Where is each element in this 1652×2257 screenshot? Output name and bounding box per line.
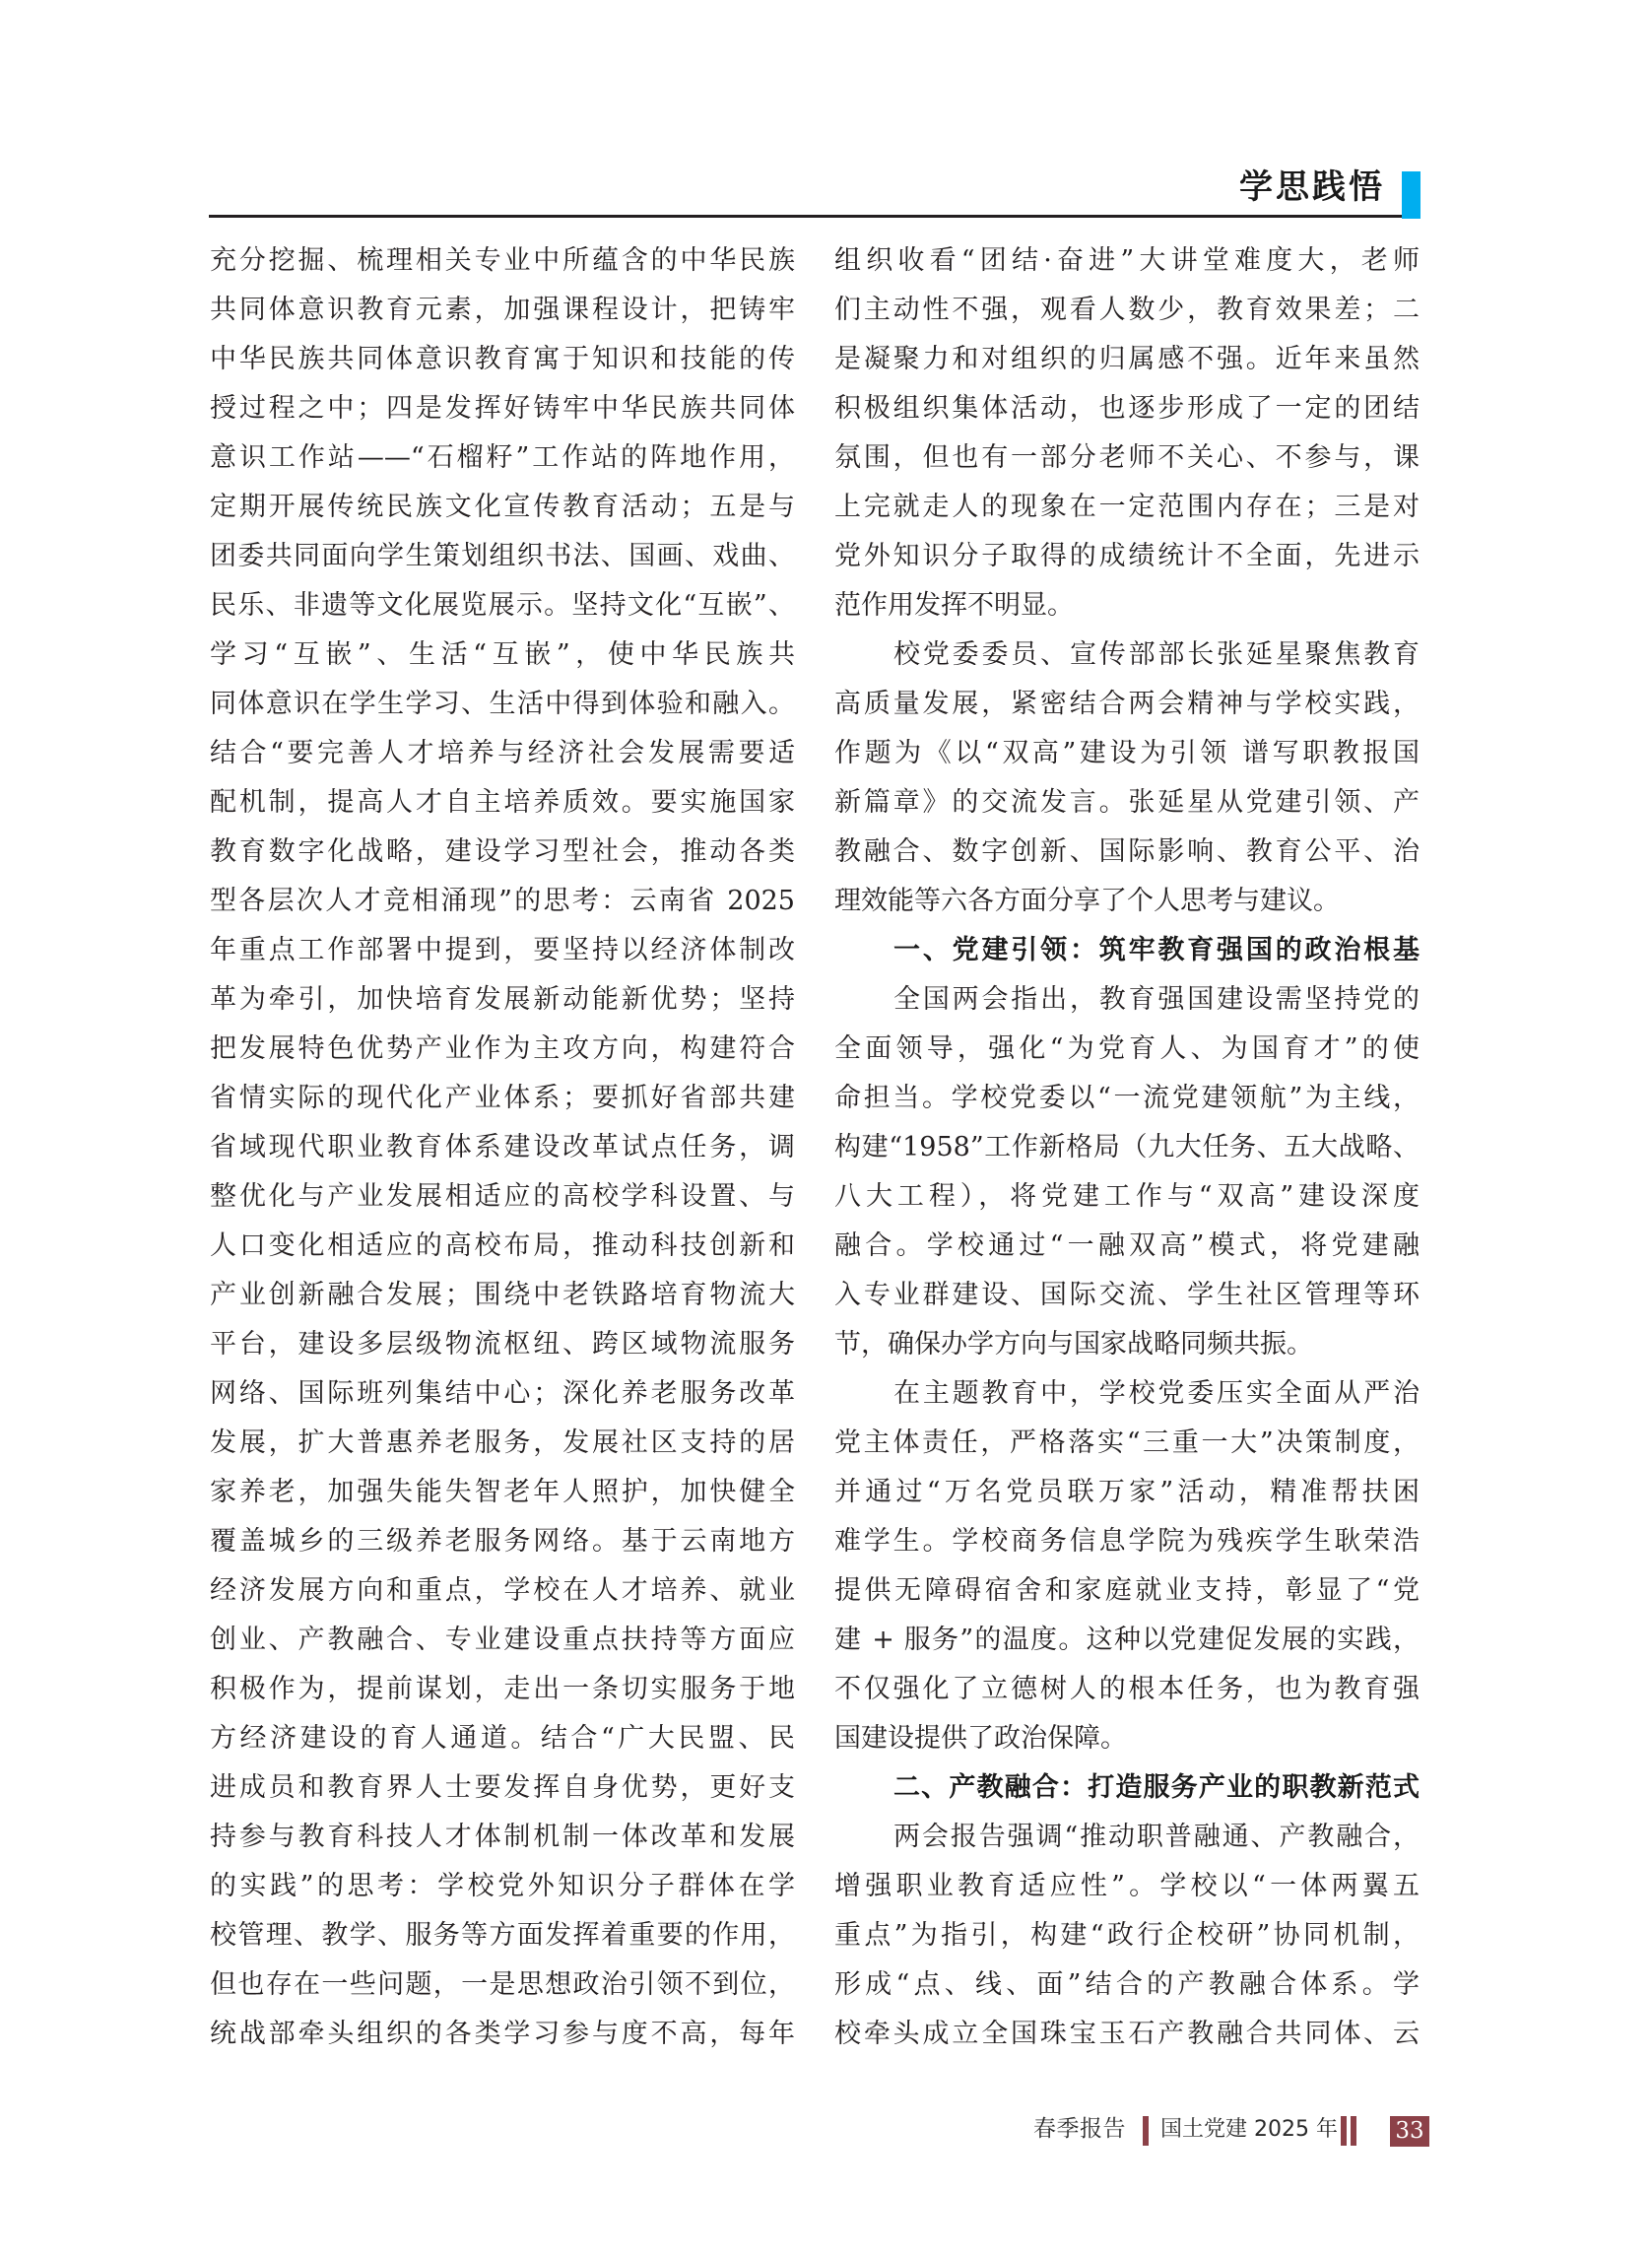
- text-line: 不仅强化了立德树人的根本任务，也为教育强: [834, 1665, 1420, 1714]
- text-line: 教融合、数字创新、国际影响、教育公平、治: [834, 828, 1420, 877]
- text-line: 民乐、非遗等文化展览展示。坚持文化“互嵌”、: [210, 581, 795, 631]
- text-line: 增强职业教育适应性”。学校以“一体两翼五: [834, 1862, 1420, 1911]
- text-line: 创业、产教融合、专业建设重点扶持等方面应: [210, 1616, 795, 1665]
- paragraph-end-line: 国建设提供了政治保障。: [834, 1714, 1420, 1763]
- text-line: 覆盖城乡的三级养老服务网络。基于云南地方: [210, 1517, 795, 1566]
- paragraph-start-line: 两会报告强调“推动职普融通、产教融合，: [834, 1813, 1420, 1862]
- text-line: 形成“点、线、面”结合的产教融合体系。学: [834, 1960, 1420, 2010]
- text-line: 省域现代职业教育体系建设改革试点任务，调: [210, 1123, 795, 1172]
- text-line: 网络、国际班列集结中心；深化养老服务改革: [210, 1369, 795, 1419]
- text-line: 共同体意识教育元素，加强课程设计，把铸牢: [210, 286, 795, 335]
- section-accent-bar: [1402, 171, 1421, 219]
- text-line: 进成员和教育界人士要发挥自身优势，更好支: [210, 1763, 795, 1813]
- text-line: 校管理、教学、服务等方面发挥着重要的作用，: [210, 1911, 795, 1960]
- text-line: 是凝聚力和对组织的归属感不强。近年来虽然: [834, 335, 1420, 384]
- text-line: 产业创新融合发展；围绕中老铁路培育物流大: [210, 1271, 795, 1320]
- text-line: 革为牵引，加快培育发展新动能新优势；坚持: [210, 975, 795, 1025]
- text-line: 组织收看“团结·奋进”大讲堂难度大，老师: [834, 236, 1420, 286]
- text-line: 把发展特色优势产业作为主攻方向，构建符合: [210, 1025, 795, 1074]
- header-rule: [209, 215, 1402, 218]
- text-line: 入专业群建设、国际交流、学生社区管理等环: [834, 1271, 1420, 1320]
- text-line: 积极作为，提前谋划，走出一条切实服务于地: [210, 1665, 795, 1714]
- text-line: 但也存在一些问题，一是思想政治引领不到位，: [210, 1960, 795, 2010]
- text-line: 融合。学校通过“一融双高”模式，将党建融: [834, 1222, 1420, 1271]
- text-line: 人口变化相适应的高校布局，推动科技创新和: [210, 1222, 795, 1271]
- text-line: 意识工作站——“石榴籽”工作站的阵地作用，: [210, 433, 795, 483]
- text-line: 充分挖掘、梳理相关专业中所蕴含的中华民族: [210, 236, 795, 286]
- text-line: 积极组织集体活动，也逐步形成了一定的团结: [834, 384, 1420, 433]
- text-line: 整优化与产业发展相适应的高校学科设置、与: [210, 1172, 795, 1222]
- text-line: 统战部牵头组织的各类学习参与度不高，每年: [210, 2010, 795, 2059]
- text-line: 同体意识在学生学习、生活中得到体验和融入。: [210, 680, 795, 729]
- footer-publication-label: 春季报告: [1033, 2114, 1126, 2144]
- text-line: 团委共同面向学生策划组织书法、国画、戏曲、: [210, 532, 795, 581]
- article-column-left: 充分挖掘、梳理相关专业中所蕴含的中华民族 共同体意识教育元素，加强课程设计，把铸…: [210, 236, 795, 2059]
- text-line: 建 + 服务”的温度。这种以党建促发展的实践，: [834, 1616, 1420, 1665]
- text-line: 家养老，加强失能失智老年人照护，加快健全: [210, 1468, 795, 1517]
- text-line: 提供无障碍宿舍和家庭就业支持，彰显了“党: [834, 1566, 1420, 1616]
- text-line: 教育数字化战略，建设学习型社会，推动各类: [210, 828, 795, 877]
- paragraph-end-line: 范作用发挥不明显。: [834, 581, 1420, 631]
- section-heading-party-building: 一、党建引领：筑牢教育强国的政治根基: [834, 926, 1420, 975]
- page-number: 33: [1390, 2116, 1429, 2147]
- article-column-right: 组织收看“团结·奋进”大讲堂难度大，老师 们主动性不强，观看人数少，教育效果差；…: [834, 236, 1420, 2059]
- text-line: 八大工程），将党建工作与“双高”建设深度: [834, 1172, 1420, 1222]
- text-line: 全面领导，强化“为党育人、为国育才”的使: [834, 1025, 1420, 1074]
- section-title: 学思践悟: [1239, 166, 1385, 209]
- text-line: 型各层次人才竞相涌现”的思考：云南省 2025: [210, 877, 795, 926]
- text-line: 党外知识分子取得的成绩统计不全面，先进示: [834, 532, 1420, 581]
- text-line: 氛围，但也有一部分老师不关心、不参与，课: [834, 433, 1420, 483]
- footer-double-bar-right: [1351, 2116, 1356, 2146]
- text-line: 们主动性不强，观看人数少，教育效果差；二: [834, 286, 1420, 335]
- text-line: 新篇章》的交流发言。张延星从党建引领、产: [834, 778, 1420, 828]
- text-line: 方经济建设的育人通道。结合“广大民盟、民: [210, 1714, 795, 1763]
- paragraph-end-line: 节，确保办学方向与国家战略同频共振。: [834, 1320, 1420, 1369]
- text-line: 并通过“万名党员联万家”活动，精准帮扶困: [834, 1468, 1420, 1517]
- paragraph-end-line: 理效能等六各方面分享了个人思考与建议。: [834, 877, 1420, 926]
- text-line: 党主体责任，严格落实“三重一大”决策制度，: [834, 1419, 1420, 1468]
- text-line: 发展，扩大普惠养老服务，发展社区支持的居: [210, 1419, 795, 1468]
- footer-divider-bar: [1143, 2116, 1149, 2146]
- text-line: 构建“1958”工作新格局（九大任务、五大战略、: [834, 1123, 1420, 1172]
- text-line: 重点”为指引，构建“政行企校研”协同机制，: [834, 1911, 1420, 1960]
- text-line: 难学生。学校商务信息学院为残疾学生耿荣浩: [834, 1517, 1420, 1566]
- text-line: 经济发展方向和重点，学校在人才培养、就业: [210, 1566, 795, 1616]
- text-line: 配机制，提高人才自主培养质效。要实施国家: [210, 778, 795, 828]
- text-line: 授过程之中；四是发挥好铸牢中华民族共同体: [210, 384, 795, 433]
- text-line: 定期开展传统民族文化宣传教育活动；五是与: [210, 483, 795, 532]
- text-line: 平台，建设多层级物流枢纽、跨区域物流服务: [210, 1320, 795, 1369]
- paragraph-start-line: 校党委委员、宣传部部长张延星聚焦教育: [834, 631, 1420, 680]
- paragraph-start-line: 在主题教育中，学校党委压实全面从严治: [834, 1369, 1420, 1419]
- paragraph-start-line: 全国两会指出，教育强国建设需坚持党的: [834, 975, 1420, 1025]
- text-line: 命担当。学校党委以“一流党建领航”为主线，: [834, 1074, 1420, 1123]
- text-line: 学习“互嵌”、生活“互嵌”，使中华民族共: [210, 631, 795, 680]
- text-line: 校牵头成立全国珠宝玉石产教融合共同体、云: [834, 2010, 1420, 2059]
- text-line: 高质量发展，紧密结合两会精神与学校实践，: [834, 680, 1420, 729]
- text-line: 的实践”的思考：学校党外知识分子群体在学: [210, 1862, 795, 1911]
- footer-double-bar-left: [1341, 2116, 1347, 2146]
- text-line: 作题为《以“双高”建设为引领 谱写职教报国: [834, 729, 1420, 778]
- text-line: 上完就走人的现象在一定范围内存在；三是对: [834, 483, 1420, 532]
- text-line: 持参与教育科技人才体制机制一体改革和发展: [210, 1813, 795, 1862]
- footer-journal-label: 国土党建 2025 年: [1160, 2115, 1338, 2145]
- text-line: 结合“要完善人才培养与经济社会发展需要适: [210, 729, 795, 778]
- text-line: 中华民族共同体意识教育寓于知识和技能的传: [210, 335, 795, 384]
- section-heading-industry-education: 二、产教融合：打造服务产业的职教新范式: [834, 1763, 1420, 1813]
- text-line: 省情实际的现代化产业体系；要抓好省部共建: [210, 1074, 795, 1123]
- text-line: 年重点工作部署中提到，要坚持以经济体制改: [210, 926, 795, 975]
